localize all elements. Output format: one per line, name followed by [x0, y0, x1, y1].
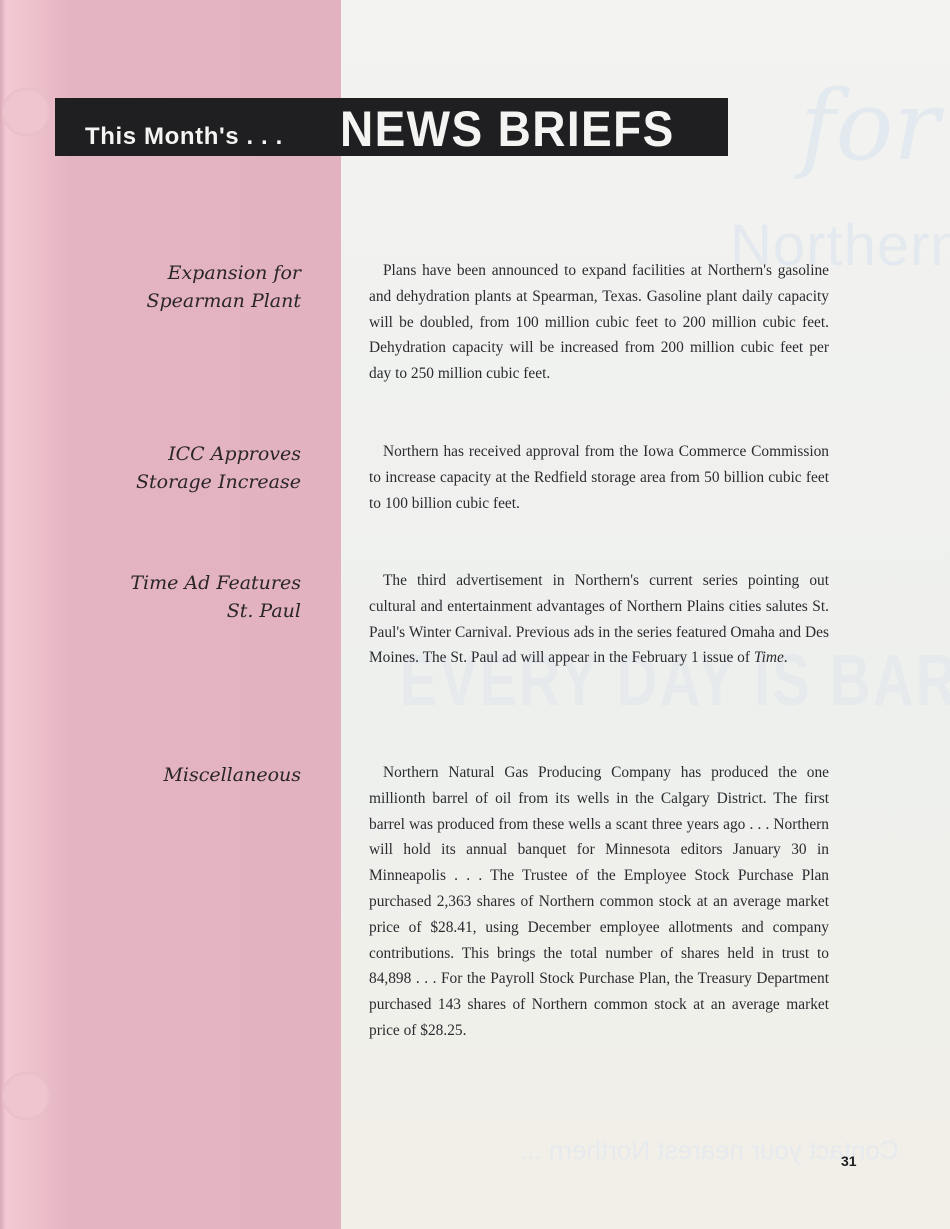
news-item-heading: ICC Approves Storage Increase [90, 440, 301, 496]
news-item-heading: Miscellaneous [90, 761, 301, 789]
news-item-body: Northern Natural Gas Producing Company h… [369, 760, 829, 1044]
news-item-heading: Time Ad Features St. Paul [90, 569, 301, 625]
body-text: Northern has received approval from the … [369, 443, 829, 512]
news-item-heading: Expansion for Spearman Plant [90, 259, 301, 315]
heading-line: St. Paul [90, 597, 301, 625]
heading-line: Time Ad Features [90, 569, 301, 597]
binder-hole-top [2, 88, 50, 136]
page-title: NEWS BRIEFS [340, 100, 675, 158]
body-text: Plans have been announced to expand faci… [369, 262, 829, 382]
bleed-through-script: for [800, 70, 939, 182]
heading-line: Spearman Plant [90, 287, 301, 315]
heading-line: Expansion for [90, 259, 301, 287]
page-number: 31 [841, 1153, 857, 1169]
heading-line: ICC Approves [90, 440, 301, 468]
body-text-end: . [784, 649, 788, 666]
publication-name: Time [754, 649, 784, 666]
heading-line: Storage Increase [90, 468, 301, 496]
magazine-page: for Northern EVERY DAY IS BARGAIN DAY Co… [0, 0, 950, 1229]
news-item-body: Northern has received approval from the … [369, 439, 829, 516]
news-item-body: The third advertisement in Northern's cu… [369, 568, 829, 671]
news-briefs-title-bar: This Month's . . . NEWS BRIEFS [55, 98, 728, 156]
body-text: Northern Natural Gas Producing Company h… [369, 764, 829, 1039]
title-kicker: This Month's . . . [85, 123, 283, 151]
binder-hole-bottom [2, 1072, 50, 1120]
heading-line: Miscellaneous [90, 761, 301, 789]
news-item-body: Plans have been announced to expand faci… [369, 258, 829, 387]
